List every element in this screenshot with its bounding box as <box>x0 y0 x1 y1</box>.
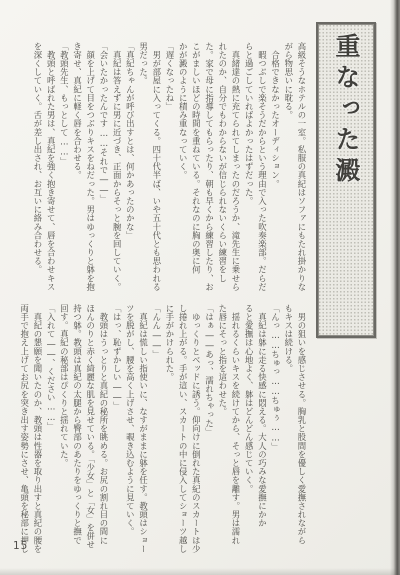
text-column: かが澱のように積み重なっていく。 <box>176 42 189 300</box>
text-column: を深くしていく。舌が差し出され、お互いに絡み合わせる。 <box>31 42 44 300</box>
page-edge-shadow-right <box>390 0 400 575</box>
page-number: 15 <box>13 540 28 552</box>
text-column: 真緒達の熱に充てられてしまったのだろうか、滝先生に乗せら <box>229 42 242 300</box>
text-column: ツを脱がし、腰を高く上げさせ、覗き込むように見ていく。 <box>123 304 136 554</box>
text-column: き寄せ、真紀に軽く唇を合わせる。 <box>70 42 83 300</box>
text-column: 高級そうなホテルの一室。私服の真紀はソファにもたれ掛かりな <box>295 42 308 300</box>
text-column: らと過ごしていればよかったはずだった。 <box>242 42 255 300</box>
text-column: 暇つぶしで楽そうだからという理由で入った吹奏楽部。だらだ <box>255 42 268 300</box>
text-column: れたのか、自分でもわからないが信じられないくらい練習をし <box>216 42 229 300</box>
text-column-dialogue: 「はっ、恥ずかしい――」 <box>110 304 123 554</box>
scanned-book-page: 重なった澱 高級そうなホテルの一室。私服の真紀はソファにもたれ掛かりな がら物思… <box>0 0 400 575</box>
text-column: 真紀は慌しい指使いに、なすがままに躰を任す。教頭はショー <box>136 304 149 554</box>
text-column: 男の狙いを感じさせる。胸乳と股間を優しく愛撫されながら <box>295 304 308 554</box>
text-column: 真紀は躰に走る快感に悶える。大人の巧みな愛撫にかか <box>255 304 268 554</box>
text-column: 持つ躰。教頭は真紀の太腿から臀部のあたりをゆっくりと撫で <box>70 304 83 554</box>
text-column: ほんのりと赤く綺麗な肌を見せている。「少女」と「女」を併せ <box>84 304 97 554</box>
text-column: 両手で抱え上げてお尻を突き出す姿勢にさせ、亀頭を秘部に押し <box>18 304 31 554</box>
text-column: 真紀は答えずに男に近づき、正面からそっと腕を回していく。 <box>110 42 123 300</box>
text-column: 男だった。 <box>136 42 149 300</box>
text-block-top: 高級そうなホテルの一室。私服の真紀はソファにもたれ掛かりな がら物思いに耽る。 … <box>31 42 308 300</box>
text-block-bottom: 男の狙いを感じさせる。胸乳と股間を優しく愛撫されながら もキスは続ける。 「んっ… <box>18 304 308 554</box>
text-column: もキスは続ける。 <box>282 304 295 554</box>
text-column: し捲れ上がる。手が這い、スカートの中に侵入してショーツ越し <box>176 304 189 554</box>
text-column: 顔を上げて目をつぶりキスをねだった。男はゆっくりと躰を抱 <box>84 42 97 300</box>
text-column: に手がかけられた。 <box>163 304 176 554</box>
text-column-dialogue: 「んっ……ちゅっ……ちゅぅ……」 <box>268 304 281 554</box>
text-column-dialogue: 「教頭先生、もっとして……」 <box>57 42 70 300</box>
page-edge-shadow-bottom <box>0 568 400 575</box>
text-column-dialogue: 「会いたかったんです……それで――」 <box>97 42 110 300</box>
text-column: 教頭はうっとりと真紀の秘所を眺める。お尻の割れ目の間に <box>97 304 110 554</box>
text-column: 教頭と呼ばれた男は、真紀を強く抱き寄せて、唇を合わせキス <box>44 42 57 300</box>
text-column: 男が部屋に入ってくる。四十代半ば、いや五十代とも思われる <box>150 42 163 300</box>
text-column: ゆっくりとベッドに誘う。仰向けに倒れた真紀のスカートは少 <box>189 304 202 554</box>
text-column: がら物思いに耽る。 <box>282 42 295 300</box>
text-column: た。家で母に指導してもらったり、朝も早くから練習したり、お <box>202 42 215 300</box>
text-column: 回す。真紀の秘部はぴくりと揺れていた。 <box>57 304 70 554</box>
text-column-dialogue: 「入れて――、ください……」 <box>44 304 57 554</box>
text-column: 合格できなかったオーディション。 <box>268 42 281 300</box>
text-column-dialogue: 「はぁ――あっ、濡れちゃった」 <box>202 304 215 554</box>
text-column-dialogue: 「遅くなったね」 <box>163 42 176 300</box>
text-column: こがましいほどの時間を重ねている。それなのに胸の奥に何 <box>189 42 202 300</box>
text-column: ると愛撫は心地よく、躰はどんどん感じていく。 <box>242 304 255 554</box>
text-column: 真紀の懇願を聞いたのか、教頭は性器を取り出すと真紀の腰を <box>31 304 44 554</box>
text-column-dialogue: 「んん――」 <box>150 304 163 554</box>
text-column-dialogue: 「真紀ちゃんが呼び出すとは、何かあったのかな」 <box>123 42 136 300</box>
text-column: 揺れるくらいキスを続けてから、そっと唇を離す。男は濡れ <box>229 304 242 554</box>
text-column: た唇にそっと指を這わせた。 <box>216 304 229 554</box>
story-title: 重なった澱 <box>328 33 364 188</box>
title-box: 重なった澱 <box>316 22 376 338</box>
